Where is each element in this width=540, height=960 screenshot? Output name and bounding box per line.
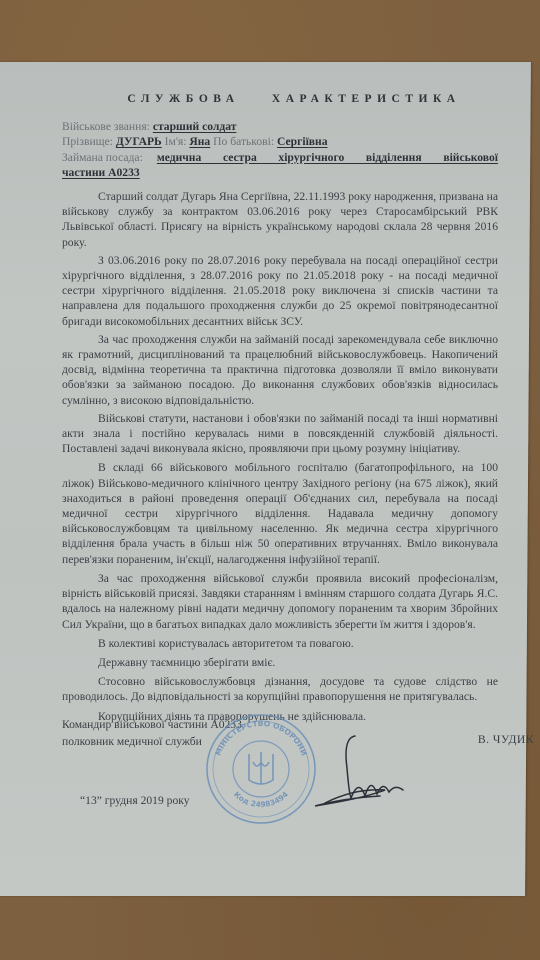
position-value-1: медична сестра хірургічного відділення в… [157, 150, 498, 165]
paragraph-1: Старший солдат Дугарь Яна Сергіївна, 22.… [62, 189, 498, 250]
svg-text:Код 24983494: Код 24983494 [232, 790, 290, 809]
paragraph-6: За час проходження військової служби про… [62, 571, 498, 632]
position-label: Займана посада: [62, 150, 143, 165]
name-line: Прізвище: ДУГАРЬ Ім'я: Яна По батькові: … [62, 134, 498, 149]
paragraph-2: З 03.06.2016 року по 28.07.2016 року пер… [62, 253, 498, 329]
name-label: Ім'я: [165, 135, 187, 148]
surname-value: ДУГАРЬ [116, 135, 162, 148]
document-title: СЛУЖБОВА ХАРАКТЕРИСТИКА [90, 92, 498, 107]
paragraph-9: Стосовно військовослужбовця дізнання, до… [62, 674, 498, 704]
document-date: “13” грудня 2019 року [80, 794, 190, 807]
header-fields: Військове звання: старший солдат Прізвищ… [62, 119, 498, 180]
patronymic-value: Сергіївна [277, 135, 328, 148]
rank-label: Військове звання: [62, 120, 150, 133]
surname-label: Прізвище: [62, 135, 113, 148]
paragraph-3: За час проходження служби на займаній по… [62, 332, 498, 408]
commander-name: В. ЧУДИК [478, 731, 534, 748]
paragraph-5: В складі 66 військового мобільного госпі… [62, 460, 498, 566]
position-line-2: частини А0233 [62, 165, 498, 180]
name-value: Яна [189, 135, 210, 148]
paragraph-8: Державну таємницю зберігати вміє. [62, 655, 498, 670]
position-line: Займана посада: медична сестра хірургічн… [62, 150, 498, 165]
paragraph-4: Військові статути, настанови і обов'язки… [62, 411, 498, 457]
position-value-2: частини А0233 [62, 166, 140, 179]
signature-icon [285, 718, 415, 818]
rank-value: старший солдат [153, 120, 237, 133]
paragraph-7: В колективі користувалась авторитетом та… [62, 636, 498, 651]
document-body: СЛУЖБОВА ХАРАКТЕРИСТИКА Військове звання… [62, 92, 498, 724]
rank-line: Військове звання: старший солдат [62, 119, 498, 134]
patronymic-label: По батькові: [213, 135, 274, 148]
